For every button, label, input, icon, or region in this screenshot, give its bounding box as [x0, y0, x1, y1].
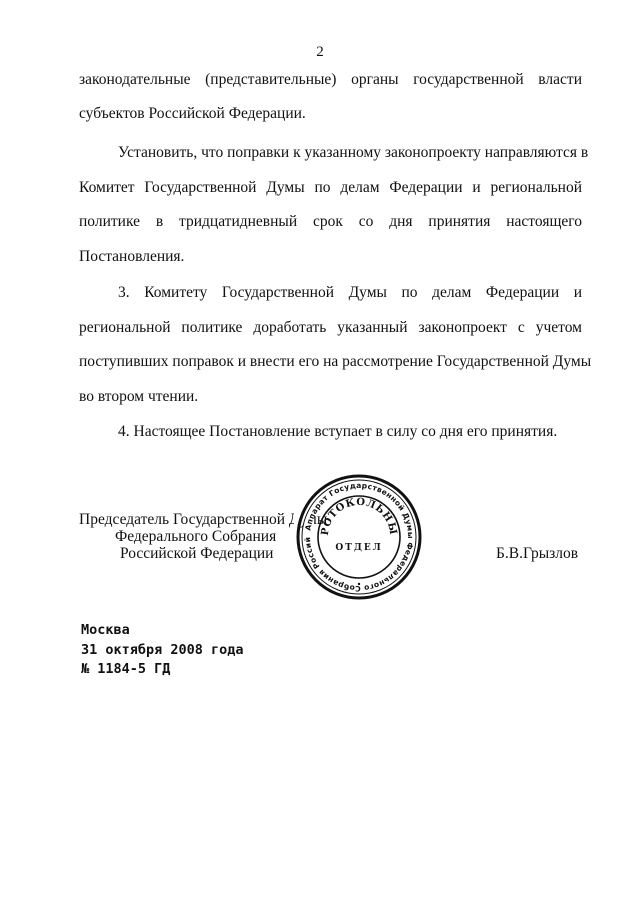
- signature-title-line: Российской Федерации: [120, 544, 273, 563]
- paragraph-line: во втором чтении.: [79, 387, 582, 407]
- paragraph-line: политике в тридцатидневный срок со дня п…: [79, 212, 582, 232]
- paragraph-line: Постановления.: [79, 247, 582, 267]
- page-number: 2: [0, 44, 640, 61]
- stamp-seal-icon: Аппарат Государственной Думы Федеральног…: [294, 472, 424, 602]
- signatory-name: Б.В.Грызлов: [496, 544, 578, 563]
- footer-date: 31 октября 2008 года: [81, 640, 244, 660]
- footer-city: Москва: [81, 620, 130, 640]
- paragraph-line: 3. Комитету Государственной Думы по дела…: [118, 283, 582, 303]
- svg-text:ОТДЕЛ: ОТДЕЛ: [335, 543, 382, 553]
- footer-document-number: № 1184-5 ГД: [81, 659, 170, 679]
- paragraph-line: Комитет Государственной Думы по делам Фе…: [79, 178, 582, 198]
- paragraph-line: поступивших поправок и внести его на рас…: [79, 352, 582, 372]
- paragraph-line: законодательные (представительные) орган…: [79, 70, 582, 90]
- paragraph-line: региональной политике доработать указанн…: [79, 318, 582, 338]
- paragraph-line: субъектов Российской Федерации.: [79, 104, 582, 124]
- paragraph-line: 4. Настоящее Постановление вступает в си…: [118, 422, 582, 442]
- official-stamp: Аппарат Государственной Думы Федеральног…: [294, 472, 424, 602]
- paragraph-line: Установить, что поправки к указанному за…: [118, 143, 582, 163]
